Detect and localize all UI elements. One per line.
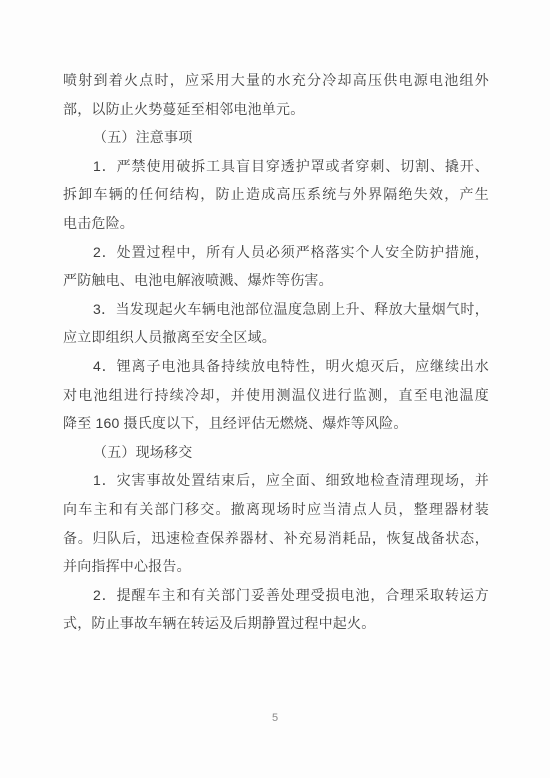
- text-line: 降至 160 摄氏度以下，且经评估无燃烧、爆炸等风险。: [63, 409, 489, 438]
- text-line: 拆卸车辆的任何结构，防止造成高压系统与外界隔绝失效，产生: [63, 180, 489, 209]
- text-line: 并向指挥中心报告。: [63, 552, 489, 581]
- document-body: 喷射到着火点时，应采用大量的水充分冷却高压供电源电池组外 部，以防止火势蔓延至相…: [63, 66, 489, 638]
- text-line: 2．处置过程中，所有人员必须严格落实个人安全防护措施，: [63, 238, 489, 267]
- text-line: 向车主和有关部门移交。撤离现场时应当清点人员，整理器材装: [63, 495, 489, 524]
- text-line: 3．当发现起火车辆电池部位温度急剧上升、释放大量烟气时，: [63, 295, 489, 324]
- text-line: 式，防止事故车辆在转运及后期静置过程中起火。: [63, 609, 489, 638]
- text-line: 4．锂离子电池具备持续放电特性，明火熄灭后，应继续出水: [63, 352, 489, 381]
- text-line: 电击危险。: [63, 209, 489, 238]
- text-line: 严防触电、电池电解液喷溅、爆炸等伤害。: [63, 266, 489, 295]
- document-page: 喷射到着火点时，应采用大量的水充分冷却高压供电源电池组外 部，以防止火势蔓延至相…: [0, 0, 550, 778]
- text-line: 1．灾害事故处置结束后，应全面、细致地检查清理现场，并: [63, 466, 489, 495]
- text-line: 喷射到着火点时，应采用大量的水充分冷却高压供电源电池组外: [63, 66, 489, 95]
- page-number: 5: [0, 712, 550, 724]
- text-line: 备。归队后，迅速检查保养器材、补充易消耗品，恢复战备状态，: [63, 524, 489, 553]
- text-line: 应立即组织人员撤离至安全区域。: [63, 323, 489, 352]
- section-heading: （五）注意事项: [63, 123, 489, 152]
- text-line: 1．严禁使用破拆工具盲目穿透护罩或者穿刺、切割、撬开、: [63, 152, 489, 181]
- text-line: 对电池组进行持续冷却，并使用测温仪进行监测，直至电池温度: [63, 381, 489, 410]
- text-line: 部，以防止火势蔓延至相邻电池单元。: [63, 95, 489, 124]
- section-heading: （五）现场移交: [63, 438, 489, 467]
- text-line: 2．提醒车主和有关部门妥善处理受损电池，合理采取转运方: [63, 581, 489, 610]
